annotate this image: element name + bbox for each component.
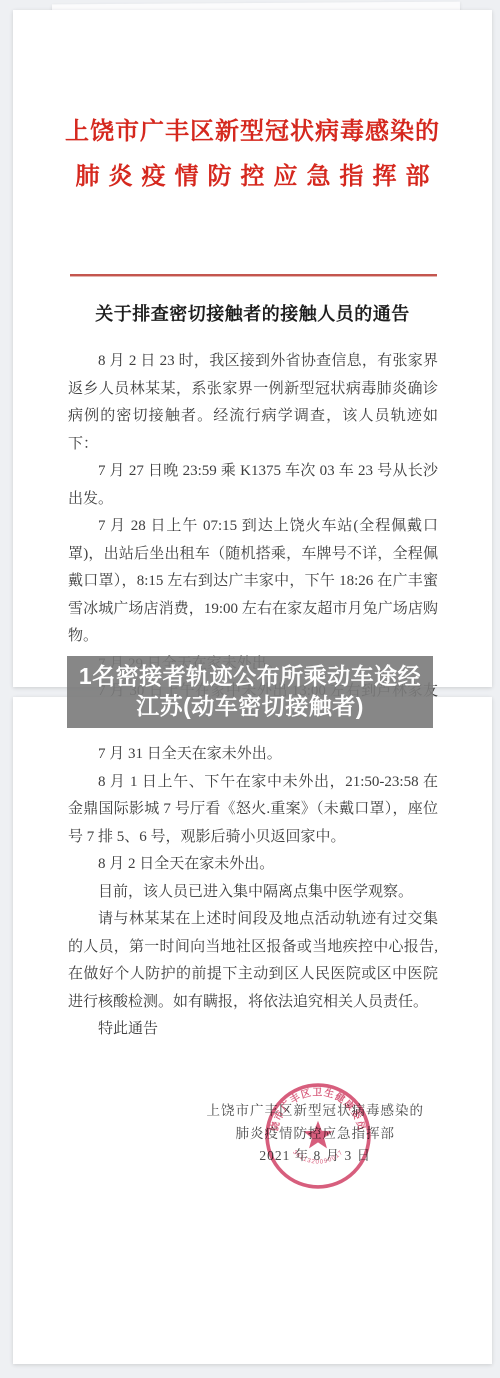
notice-body-page2: 7 月 31 日全天在家未外出。8 月 1 日上午、下午在家中未外出，21:50… (68, 741, 438, 1044)
notice-paragraph: 7 月 28 日上午 07:15 到达上饶火车站(全程佩戴口罩)，出站后坐出租车… (68, 513, 438, 651)
document-card-2: 7 月 31 日全天在家未外出。8 月 1 日上午、下午在家中未外出，21:50… (13, 697, 492, 1364)
overlay-caption-banner: 1名密接者轨迹公布所乘动车途经江苏(动车密切接触者) (67, 656, 433, 728)
document-card-1: 上饶市广丰区新型冠状病毒感染的 肺炎疫情防控应急指挥部 关于排查密切接触者的接触… (13, 10, 492, 687)
red-divider-rule (70, 274, 437, 277)
notice-paragraph: 特此通告 (68, 1016, 438, 1044)
svg-text:3611320090017: 3611320090017 (291, 1149, 345, 1166)
seal-serial-number: 3611320090017 (291, 1149, 345, 1166)
official-seal: 上饶市广丰区卫生健康委员会 3611320090017 (262, 1080, 374, 1192)
notice-paragraph: 7 月 31 日全天在家未外出。 (68, 741, 438, 769)
letterhead-line-2: 肺炎疫情防控应急指挥部 (22, 155, 492, 200)
notice-paragraph: 8 月 1 日上午、下午在家中未外出，21:50-23:58 在金鼎国际影城 7… (68, 769, 438, 852)
notice-paragraph: 目前，该人员已进入集中隔离点集中医学观察。 (68, 879, 438, 907)
notice-paragraph: 8 月 2 日 23 时，我区接到外省协查信息，有张家界返乡人员林某某，系张家界… (68, 348, 438, 458)
overlay-caption-text: 1名密接者轨迹公布所乘动车途经江苏(动车密切接触者) (71, 661, 429, 721)
red-letterhead: 上饶市广丰区新型冠状病毒感染的 肺炎疫情防控应急指挥部 (13, 110, 492, 200)
notice-paragraph: 请与林某某在上述时间段及地点活动轨迹有过交集的人员，第一时间向当地社区报备或当地… (68, 906, 438, 1016)
seal-star (303, 1121, 332, 1149)
notice-title: 关于排查密切接触者的接触人员的通告 (53, 302, 452, 326)
letterhead-line-1: 上饶市广丰区新型冠状病毒感染的 (13, 110, 492, 155)
notice-paragraph: 8 月 2 日全天在家未外出。 (68, 851, 438, 879)
notice-paragraph: 7 月 27 日晚 23:59 乘 K1375 车次 03 车 23 号从长沙出… (68, 458, 438, 513)
page-background: 上饶市广丰区新型冠状病毒感染的 肺炎疫情防控应急指挥部 关于排查密切接触者的接触… (0, 0, 500, 1378)
